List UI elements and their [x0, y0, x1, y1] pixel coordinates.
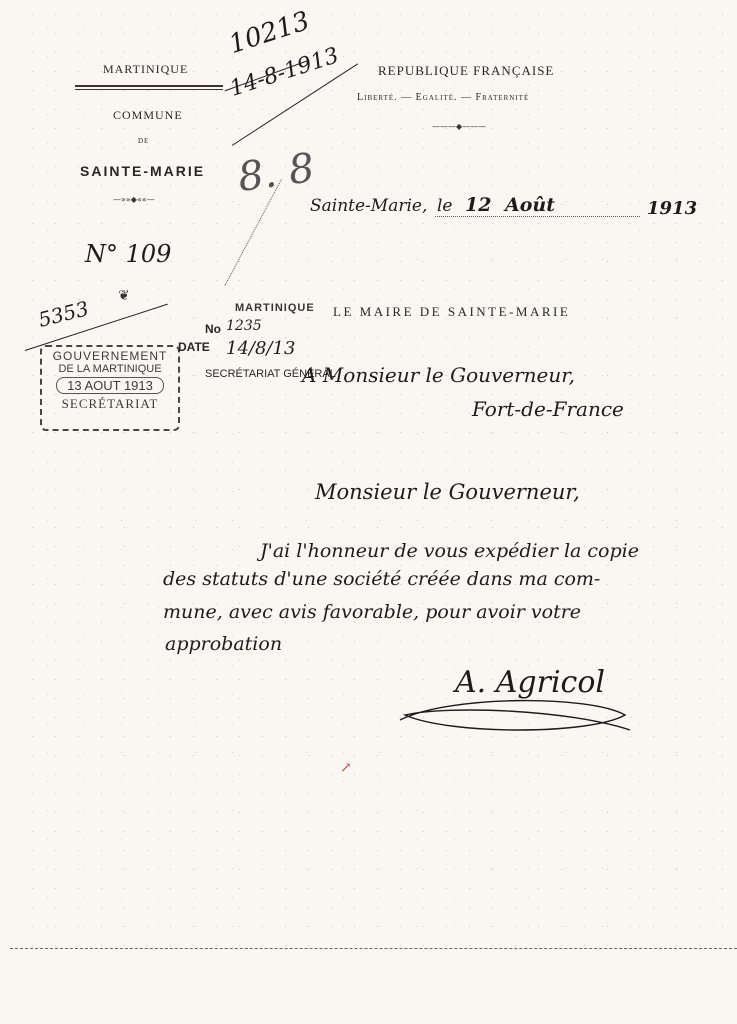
body-line-1: J'ai l'honneur de vous expédier la copie: [260, 540, 639, 562]
signature-flourish-icon: [390, 690, 640, 740]
dateline-year: 1913: [647, 198, 697, 219]
sender-line: LE MAIRE DE SAINTE-MARIE: [333, 304, 570, 320]
dateline-le: le: [437, 196, 453, 216]
dateline-dotted-rule: [435, 216, 640, 217]
body-line-4: approbation: [165, 633, 282, 655]
stamp-no-value: 1235: [226, 318, 262, 334]
number-label: N° 109: [85, 240, 171, 268]
divider: [75, 89, 223, 90]
ornament-left: —»»◆««—: [113, 195, 155, 204]
dateline-day: 12: [465, 194, 491, 216]
country-label: REPUBLIQUE FRANÇAISE: [378, 63, 554, 79]
stamp-line1: GOUVERNEMENT: [42, 349, 178, 363]
ornament-right: ———◆———: [432, 122, 486, 131]
motto: Liberté. — Egalité. — Fraternité: [357, 92, 529, 103]
commune-name: SAINTE-MARIE: [80, 163, 205, 179]
salutation: Monsieur le Gouverneur,: [315, 480, 580, 504]
dateline-place: Sainte-Marie,: [310, 196, 427, 216]
dateline-month: Août: [505, 194, 555, 216]
region-label: MARTINIQUE: [103, 62, 188, 77]
de-label: DE: [138, 137, 149, 145]
commune-label: COMMUNE: [113, 108, 183, 123]
stamp-top: MARTINIQUE: [235, 302, 315, 314]
body-line-2: des statuts d'une société créée dans ma …: [163, 568, 600, 590]
stamp-line2: DE LA MARTINIQUE: [42, 363, 178, 375]
body-line-3: mune, avec avis favorable, pour avoir vo…: [163, 601, 581, 623]
fleuron-icon: ❦: [118, 288, 130, 304]
gouvernement-stamp: GOUVERNEMENT DE LA MARTINIQUE 13 AOUT 19…: [40, 345, 180, 431]
photocopy-noise: [18, 0, 737, 950]
stamp-date: 13 AOUT 1913: [56, 377, 164, 394]
divider: [75, 85, 223, 87]
stamp-date-value: 14/8/13: [226, 338, 295, 359]
red-pencil-mark: ↗: [340, 760, 352, 776]
recipient-line2: Fort-de-France: [472, 397, 624, 421]
page-fold-line: [10, 948, 737, 949]
stamp-no-label: No: [205, 322, 221, 336]
stamp-date-label: DATE: [178, 340, 210, 354]
stamp-line3: SECRÉTARIAT: [42, 396, 178, 412]
recipient-line1: A Monsieur le Gouverneur,: [302, 363, 575, 387]
